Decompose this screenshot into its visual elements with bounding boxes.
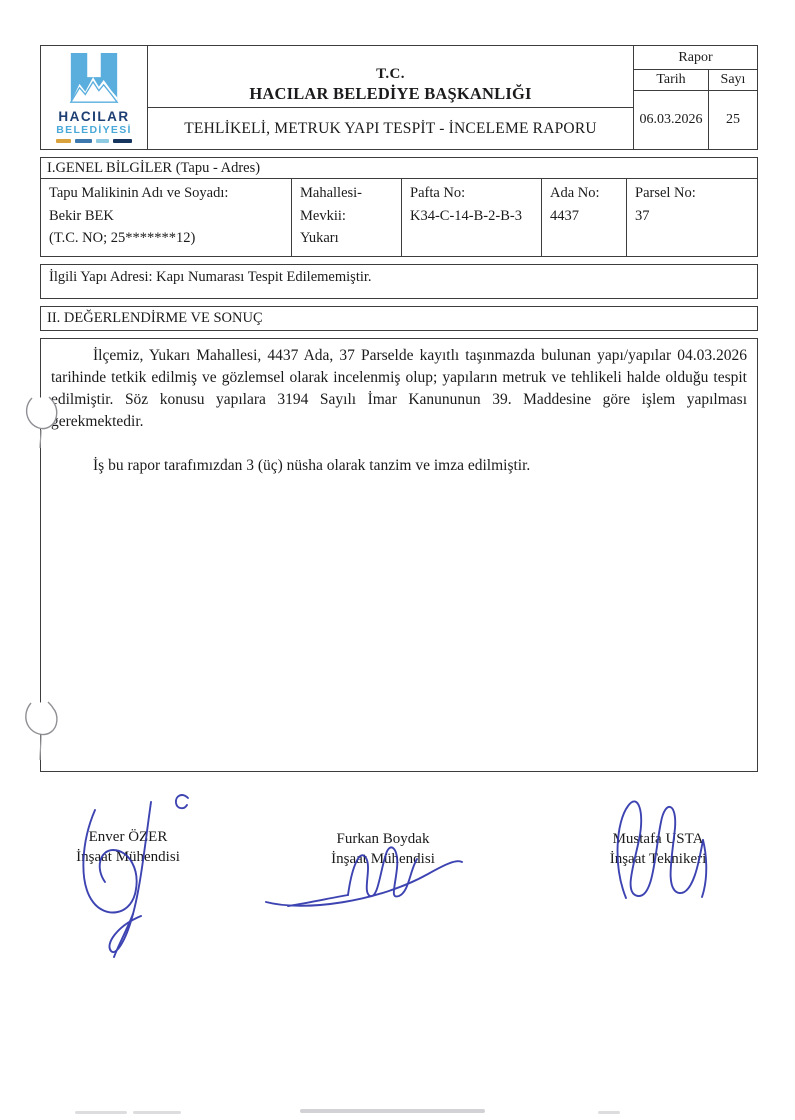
- owner-cell: Tapu Malikinin Adı ve Soyadı: Bekir BEK …: [41, 179, 292, 256]
- report-number-value: 25: [709, 91, 757, 149]
- report-number-label: Sayı: [709, 70, 757, 90]
- sheet-value: K34-C-14-B-2-B-3: [410, 205, 533, 228]
- signature-block-2: Furkan Boydak İnşaat Mühendisi: [303, 829, 463, 869]
- logo-cell: HACILAR BELEDİYESİ: [41, 46, 148, 149]
- scan-smudge: [75, 1111, 127, 1114]
- report-date-label: Tarih: [634, 70, 709, 90]
- sheet-cell: Pafta No: K34-C-14-B-2-B-3: [402, 179, 542, 256]
- sheet-label: Pafta No:: [410, 182, 533, 205]
- evaluation-paragraph-1: İlçemiz, Yukarı Mahallesi, 4437 Ada, 37 …: [51, 345, 747, 433]
- evaluation-paragraph-2: İş bu rapor tarafımızdan 3 (üç) nüsha ol…: [51, 455, 747, 477]
- municipality-logo-icon: [65, 52, 123, 108]
- scanned-report-page: HACILAR BELEDİYESİ T.C. HACILAR BELEDİYE…: [0, 0, 795, 1120]
- signer-title: İnşaat Mühendisi: [303, 849, 463, 869]
- owner-name: Bekir BEK: [49, 205, 283, 228]
- report-meta-values: 06.03.2026 25: [634, 91, 757, 149]
- report-meta-title: Rapor: [634, 46, 757, 70]
- block-value: 4437: [550, 205, 618, 228]
- signer-name: Enver ÖZER: [48, 827, 208, 847]
- report-header: HACILAR BELEDİYESİ T.C. HACILAR BELEDİYE…: [40, 45, 758, 150]
- general-info-row: Tapu Malikinin Adı ve Soyadı: Bekir BEK …: [41, 179, 757, 256]
- organization-name: HACILAR BELEDİYE BAŞKANLIĞI: [249, 84, 531, 104]
- punch-hole-mark-icon: [20, 391, 64, 449]
- signer-name: Furkan Boydak: [303, 829, 463, 849]
- evaluation-content: İlçemiz, Yukarı Mahallesi, 4437 Ada, 37 …: [40, 338, 758, 772]
- report-date-value: 06.03.2026: [634, 91, 709, 149]
- signature-block-1: Enver ÖZER İnşaat Mühendisi: [48, 827, 208, 867]
- report-meta-labels: Tarih Sayı: [634, 70, 757, 91]
- neighborhood-cell: Mahallesi- Mevkii: Yukarı: [292, 179, 402, 256]
- neighborhood-label1: Mahallesi-: [300, 182, 393, 205]
- title-top: T.C. HACILAR BELEDİYE BAŞKANLIĞI: [148, 46, 633, 108]
- general-info-section: I.GENEL BİLGİLER (Tapu - Adres) Tapu Mal…: [40, 157, 758, 257]
- block-cell: Ada No: 4437: [542, 179, 627, 256]
- document-title: TEHLİKELİ, METRUK YAPI TESPİT - İNCELEME…: [148, 108, 633, 149]
- building-address-row: İlgili Yapı Adresi: Kapı Numarası Tespit…: [40, 264, 758, 299]
- report-meta-table: Rapor Tarih Sayı 06.03.2026 25: [633, 46, 757, 149]
- evaluation-section-title: II. DEĞERLENDİRME VE SONUÇ: [40, 306, 758, 331]
- neighborhood-label2: Mevkii:: [300, 205, 393, 228]
- parcel-cell: Parsel No: 37: [627, 179, 757, 256]
- signer-title: İnşaat Mühendisi: [48, 847, 208, 867]
- logo-color-bars-icon: [56, 139, 132, 143]
- country-abbrev: T.C.: [376, 66, 405, 83]
- signer-name: Mustafa USTA: [578, 829, 738, 849]
- signer-title: İnşaat Teknikeri: [578, 849, 738, 869]
- scan-smudge: [133, 1111, 181, 1114]
- signature-ink-1-icon: [45, 792, 240, 960]
- signature-block-3: Mustafa USTA İnşaat Teknikeri: [578, 829, 738, 869]
- parcel-label: Parsel No:: [635, 182, 749, 205]
- owner-id: (T.C. NO; 25*******12): [49, 227, 283, 250]
- owner-label: Tapu Malikinin Adı ve Soyadı:: [49, 182, 283, 205]
- punch-hole-mark-icon: [20, 697, 64, 761]
- scan-smudge: [598, 1111, 620, 1114]
- block-label: Ada No:: [550, 182, 618, 205]
- neighborhood-value: Yukarı: [300, 227, 393, 250]
- parcel-value: 37: [635, 205, 749, 228]
- title-cell: T.C. HACILAR BELEDİYE BAŞKANLIĞI TEHLİKE…: [148, 46, 633, 149]
- scan-smudge: [300, 1109, 485, 1113]
- logo-text-line2: BELEDİYESİ: [56, 124, 131, 136]
- general-info-title: I.GENEL BİLGİLER (Tapu - Adres): [41, 158, 757, 179]
- logo-text-line1: HACILAR: [58, 109, 129, 124]
